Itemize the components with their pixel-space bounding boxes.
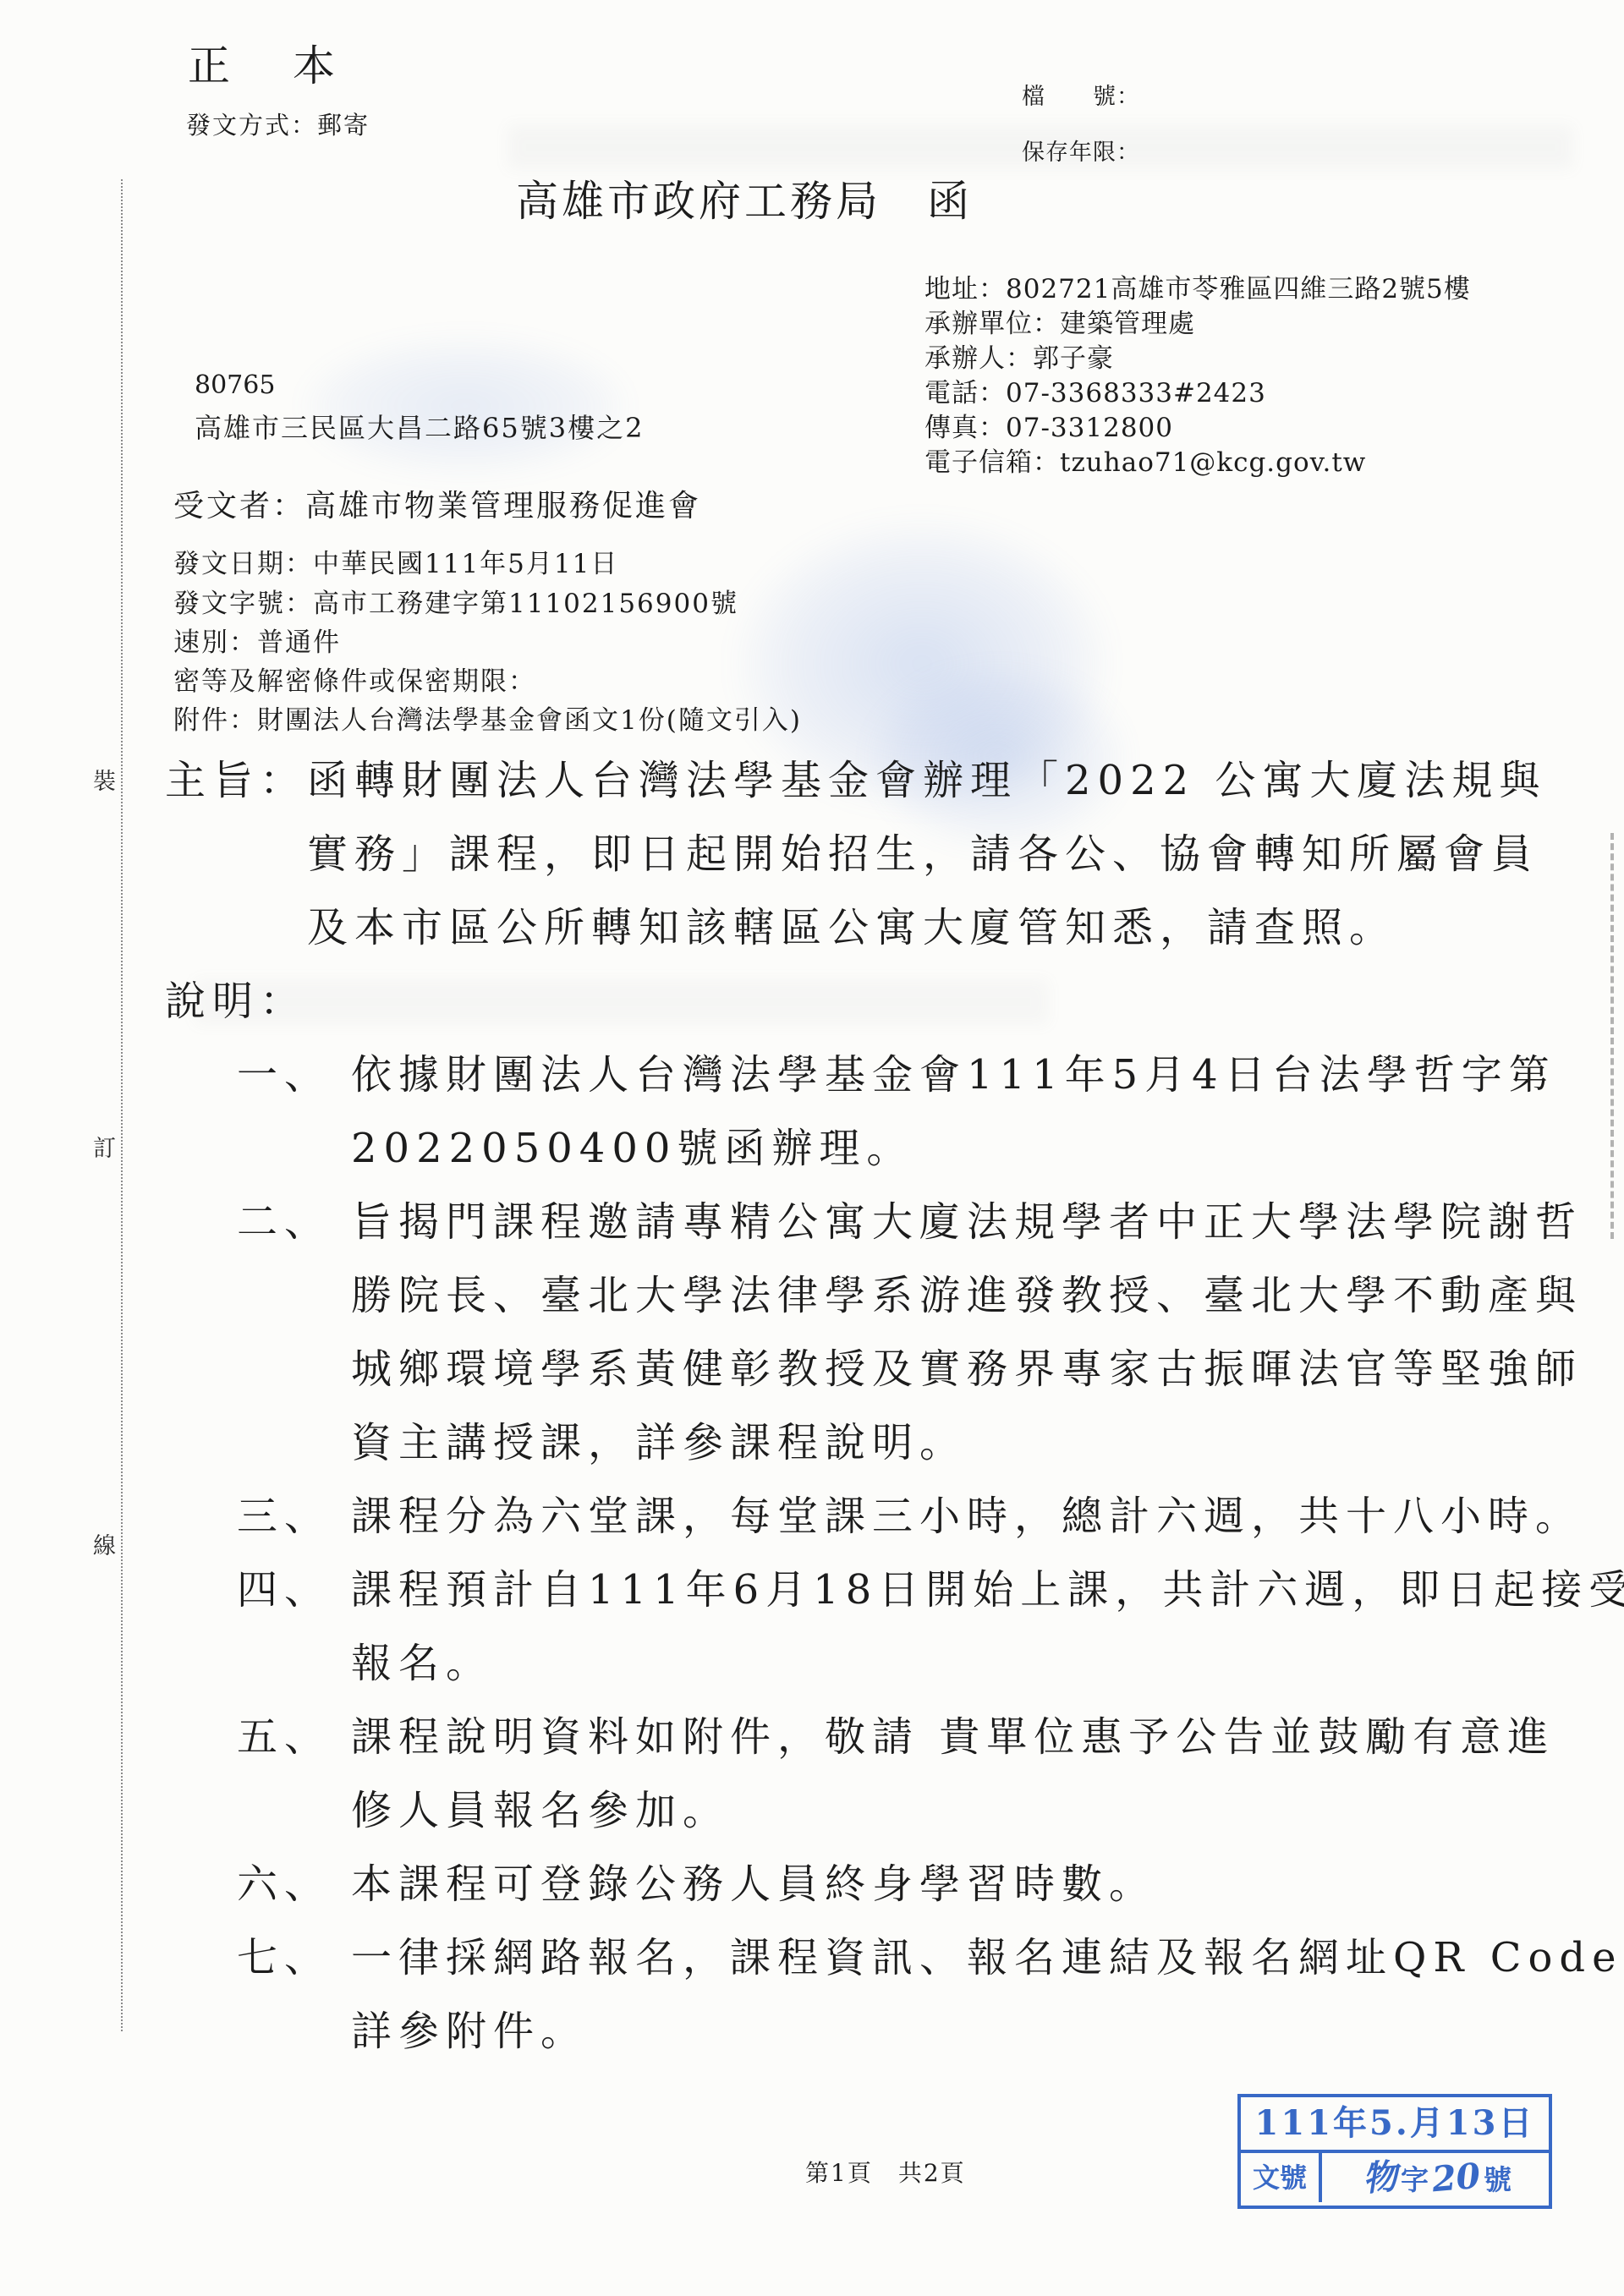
item-number: 六、 bbox=[165, 1848, 351, 1921]
subject-line-3: 及本市區公所轉知該轄區公寓大廈管知悉，請查照。 bbox=[165, 891, 1569, 965]
binding-dotted-line bbox=[121, 179, 123, 2031]
agency-officer: 承辦人：郭子豪 bbox=[924, 342, 1471, 376]
agency-email: 電子信箱：tzuhao71@kcg.gov.tw bbox=[924, 446, 1471, 480]
stamp-doc-number-row: 文號 物字20號 bbox=[1241, 2153, 1549, 2202]
explanation-item-6: 六、本課程可登錄公務人員終身學習時數。 bbox=[165, 1848, 1569, 1921]
item-text: 課程預計自111年6月18日開始上課，共計六週，即日起接受 bbox=[351, 1566, 1624, 1614]
document-body: 主旨：函轉財團法人台灣法學基金會辦理「2022 公寓大廈法規與 實務」課程，即日… bbox=[165, 744, 1569, 2069]
item-text: 一律採網路報名，課程資訊、報名連結及報名網址QR Code bbox=[351, 1934, 1623, 1981]
agency-unit: 承辦單位：建築管理處 bbox=[924, 307, 1471, 342]
document-title: 高雄市政府工務局 函 bbox=[516, 167, 973, 228]
explanation-item-2-cont: 資主講授課，詳參課程說明。 bbox=[165, 1406, 1569, 1480]
binding-mark-xian: 線 bbox=[91, 1524, 118, 1564]
item-number: 七、 bbox=[165, 1921, 351, 1995]
explanation-item-5-cont: 修人員報名參加。 bbox=[165, 1774, 1569, 1848]
issue-date-line: 發文日期：中華民國111年5月11日 bbox=[173, 542, 618, 580]
stamp-word: 號 bbox=[1484, 2163, 1512, 2196]
recipient-address: 高雄市三民區大昌二路65號3樓之2 bbox=[195, 407, 644, 446]
explanation-item-2-cont: 勝院長、臺北大學法律學系游進發教授、臺北大學不動產與 bbox=[165, 1259, 1569, 1333]
delivery-method: 發文方式：郵寄 bbox=[186, 107, 370, 141]
explanation-item-5: 五、課程說明資料如附件，敬請 貴單位惠予公告並鼓勵有意進 bbox=[165, 1701, 1569, 1774]
item-number: 一、 bbox=[165, 1038, 351, 1112]
explanation-heading: 說明： bbox=[165, 965, 1569, 1038]
item-text: 課程說明資料如附件，敬請 貴單位惠予公告並鼓勵有意進 bbox=[351, 1713, 1555, 1761]
speed-line: 速別：普通件 bbox=[173, 621, 341, 659]
item-text: 本課程可登錄公務人員終身學習時數。 bbox=[351, 1860, 1156, 1908]
binding-mark-ding: 訂 bbox=[91, 1126, 118, 1166]
item-number: 二、 bbox=[165, 1186, 351, 1259]
item-text: 依據財團法人台灣法學基金會111年5月4日台法學哲字第 bbox=[351, 1051, 1556, 1099]
subject-line-1: 主旨：函轉財團法人台灣法學基金會辦理「2022 公寓大廈法規與 bbox=[165, 744, 1569, 818]
recipient-zipcode: 80765 bbox=[195, 370, 275, 400]
explanation-item-7-cont: 詳參附件。 bbox=[165, 1995, 1569, 2069]
stamp-hand-char: 物 bbox=[1361, 2151, 1400, 2203]
scan-edge-marks bbox=[1610, 833, 1614, 1239]
attachment-line: 附件：財團法人台灣法學基金會函文1份(隨文引入) bbox=[173, 699, 802, 737]
agency-contact-block: 地址：802721高雄市苓雅區四維三路2號5樓 承辦單位：建築管理處 承辦人：郭… bbox=[924, 272, 1471, 480]
recipient-line: 受文者：高雄市物業管理服務促進會 bbox=[173, 482, 701, 525]
agency-address: 地址：802721高雄市苓雅區四維三路2號5樓 bbox=[924, 272, 1471, 307]
item-text: 課程分為六堂課，每堂課三小時，總計六週，共十八小時。 bbox=[351, 1493, 1583, 1540]
explanation-item-2: 二、旨揭門課程邀請專精公寓大廈法規學者中正大學法學院謝哲 bbox=[165, 1186, 1569, 1259]
subject-label: 主旨： bbox=[165, 744, 307, 818]
explanation-item-4-cont: 報名。 bbox=[165, 1627, 1569, 1701]
scanned-official-letter-page: 裝 訂 線 正 本 發文方式：郵寄 檔 號： 保存年限： 高雄市政府工務局 函 … bbox=[0, 0, 1624, 2296]
security-line: 密等及解密條件或保密期限： bbox=[173, 660, 536, 698]
stamp-hand-number: 20 bbox=[1430, 2151, 1483, 2205]
subject-text: 函轉財團法人台灣法學基金會辦理「2022 公寓大廈法規與 bbox=[307, 757, 1546, 804]
stamp-word: 字 bbox=[1401, 2163, 1429, 2196]
ink-smudge bbox=[304, 338, 626, 474]
explanation-item-4: 四、課程預計自111年6月18日開始上課，共計六週，即日起接受 bbox=[165, 1553, 1569, 1627]
binding-mark-zhuang: 裝 bbox=[91, 759, 118, 799]
stamp-date: 111年5.月13日 bbox=[1241, 2097, 1549, 2153]
received-date-stamp: 111年5.月13日 文號 物字20號 bbox=[1237, 2094, 1552, 2209]
copy-type-label: 正 本 bbox=[188, 32, 345, 93]
stamp-doc-value: 物字20號 bbox=[1322, 2153, 1549, 2202]
page-number: 第1頁 共2頁 bbox=[805, 2155, 966, 2189]
explanation-item-2-cont: 城鄉環境學系黃健彰教授及實務界專家古振暉法官等堅強師 bbox=[165, 1333, 1569, 1406]
item-number: 五、 bbox=[165, 1701, 351, 1774]
item-number: 三、 bbox=[165, 1480, 351, 1553]
stamp-doc-label: 文號 bbox=[1241, 2153, 1322, 2202]
explanation-item-7: 七、一律採網路報名，課程資訊、報名連結及報名網址QR Code bbox=[165, 1921, 1569, 1995]
agency-phone: 電話：07-3368333#2423 bbox=[924, 376, 1471, 411]
subject-line-2: 實務」課程，即日起開始招生，請各公、協會轉知所屬會員 bbox=[165, 818, 1569, 891]
explanation-item-3: 三、課程分為六堂課，每堂課三小時，總計六週，共十八小時。 bbox=[165, 1480, 1569, 1553]
item-number: 四、 bbox=[165, 1553, 351, 1627]
explanation-item-1-cont: 2022050400號函辦理。 bbox=[165, 1112, 1569, 1186]
agency-fax: 傳真：07-3312800 bbox=[924, 411, 1471, 446]
explanation-item-1: 一、依據財團法人台灣法學基金會111年5月4日台法學哲字第 bbox=[165, 1038, 1569, 1112]
retention-period-label: 保存年限： bbox=[1022, 134, 1140, 167]
doc-number-line: 發文字號：高市工務建字第11102156900號 bbox=[173, 582, 738, 620]
file-number-label: 檔 號： bbox=[1022, 78, 1140, 111]
item-text: 旨揭門課程邀請專精公寓大廈法規學者中正大學法學院謝哲 bbox=[351, 1198, 1583, 1246]
